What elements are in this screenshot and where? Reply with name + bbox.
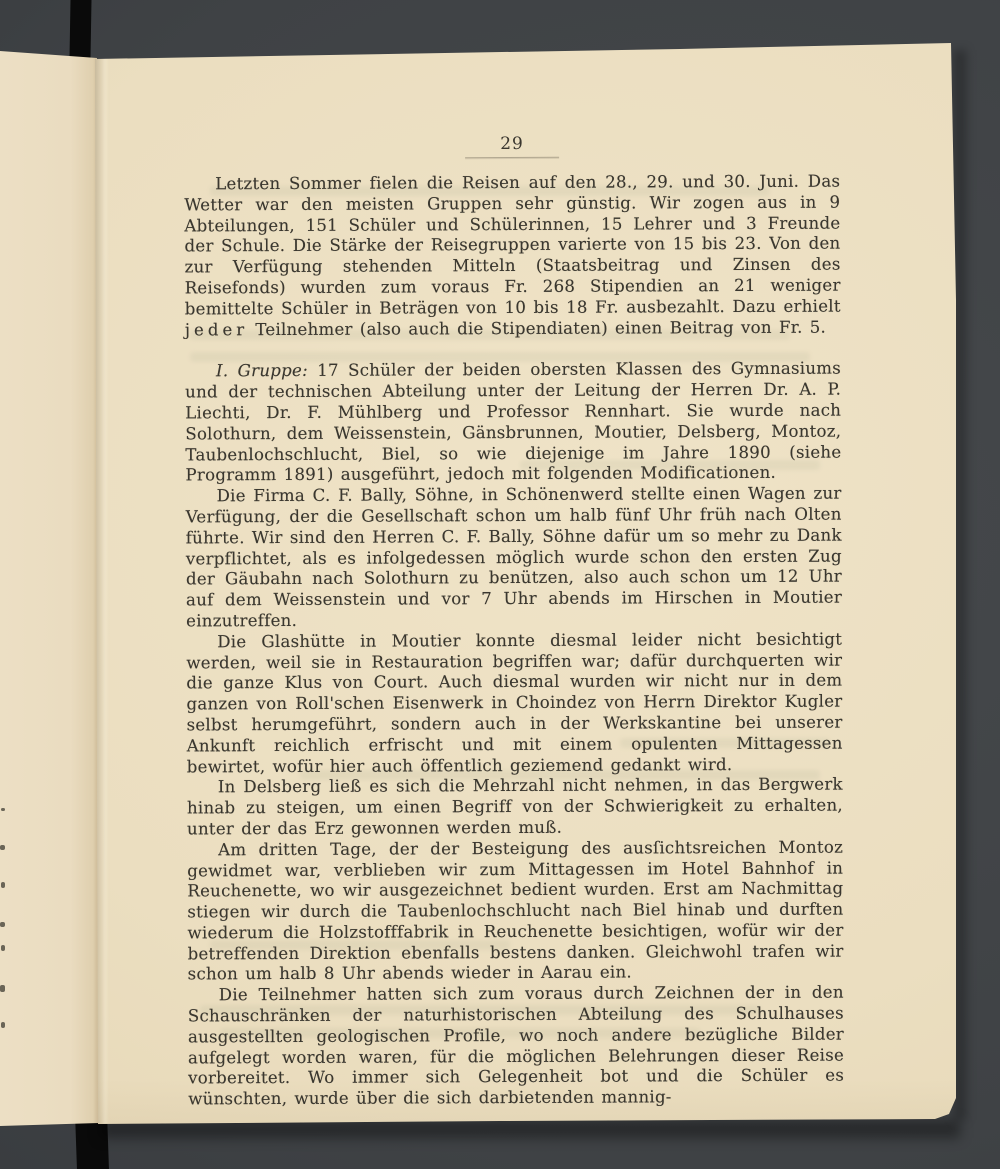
facing-page-text-fragment bbox=[1, 1022, 5, 1028]
paragraph-text: Die Firma C. F. Bally, Söhne, in Schönen… bbox=[186, 484, 842, 631]
paragraph-text: Letzten Sommer fielen die Reisen auf den… bbox=[184, 172, 841, 319]
facing-page-text-fragment bbox=[1, 945, 5, 951]
spine-gap-top bbox=[69, 0, 91, 58]
book-scan: 29 Letzten Sommer fielen die Reisen auf … bbox=[0, 0, 1000, 1169]
body-paragraph: Die Glashütte in Moutier konnte diesmal … bbox=[186, 629, 843, 777]
facing-page-text-fragment bbox=[0, 922, 5, 927]
paragraph-lead: I. Gruppe: bbox=[216, 361, 308, 380]
body-paragraph: Letzten Sommer fielen die Reisen auf den… bbox=[184, 172, 841, 341]
paragraph-text: Die Teilnehmer hatten sich zum voraus du… bbox=[188, 983, 844, 1109]
emphasized-word: jeder bbox=[185, 320, 248, 339]
facing-page-text-fragment bbox=[0, 985, 5, 992]
facing-page-text-fragment bbox=[0, 845, 5, 850]
body-paragraph: In Delsberg ließ es sich die Mehrzahl ni… bbox=[187, 775, 843, 840]
page-header: 29 bbox=[184, 133, 840, 160]
facing-page-text-fragment bbox=[1, 882, 5, 888]
paragraph-text: Am dritten Tage, der der Besteigung des … bbox=[187, 837, 843, 984]
body-paragraph: Am dritten Tage, der der Besteigung des … bbox=[187, 837, 844, 985]
paragraph-text: Teilnehmer (also auch die Stipendiaten) … bbox=[248, 317, 826, 339]
page-number: 29 bbox=[500, 135, 524, 153]
body-paragraph: Die Firma C. F. Bally, Söhne, in Schönen… bbox=[186, 484, 843, 632]
body-paragraph: I. Gruppe: 17 Schüler der beiden oberste… bbox=[185, 359, 842, 487]
body-paragraph: Die Teilnehmer hatten sich zum voraus du… bbox=[188, 983, 845, 1111]
facing-page-edge bbox=[0, 0, 100, 1169]
page-content: 29 Letzten Sommer fielen die Reisen auf … bbox=[184, 133, 844, 1111]
page-number-rule bbox=[465, 157, 559, 158]
book-page: 29 Letzten Sommer fielen die Reisen auf … bbox=[0, 0, 1000, 1169]
paragraph-text: In Delsberg ließ es sich die Mehrzahl ni… bbox=[187, 775, 843, 838]
facing-page-text-fragment bbox=[1, 808, 5, 811]
paragraph-text: Die Glashütte in Moutier konnte diesmal … bbox=[186, 629, 842, 776]
